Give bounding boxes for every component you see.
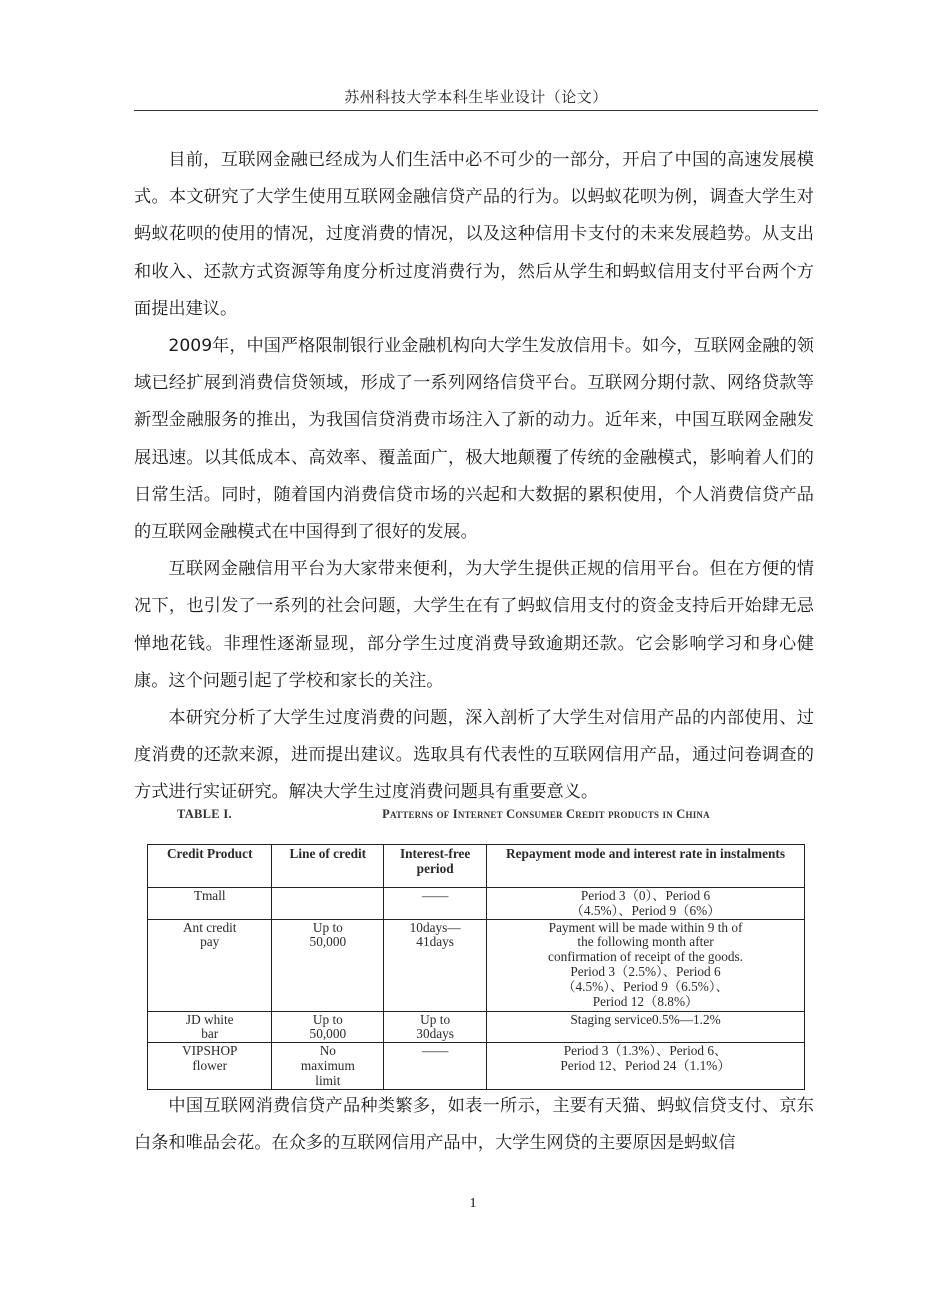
cell-line-of-credit: No maximum limit xyxy=(272,1043,384,1089)
credit-products-table: Credit Product Line of credit Interest-f… xyxy=(147,844,805,1090)
paragraph: 互联网金融信用平台为大家带来便利，为大学生提供正规的信用平台。但在方便的情况下，… xyxy=(134,551,814,700)
paragraph: 本研究分析了大学生过度消费的问题，深入剖析了大学生对信用产品的内部使用、过度消费… xyxy=(134,700,814,812)
header-repayment-mode: Repayment mode and interest rate in inst… xyxy=(487,845,805,888)
table-row: Ant credit pay Up to 50,000 10days— 41da… xyxy=(148,919,805,1011)
paragraph: 目前，互联网金融已经成为人们生活中必不可少的一部分，开启了中国的高速发展模式。本… xyxy=(134,142,814,328)
cell-repayment: Period 3（0）、Period 6 （4.5%）、Period 9（6%） xyxy=(487,888,805,920)
cell-product: Ant credit pay xyxy=(148,919,272,1011)
page-number: 1 xyxy=(463,1196,483,1212)
cell-interest-free: —— xyxy=(384,1043,487,1089)
body-text-upper: 目前，互联网金融已经成为人们生活中必不可少的一部分，开启了中国的高速发展模式。本… xyxy=(134,142,814,812)
header-line-of-credit: Line of credit xyxy=(272,845,384,888)
paragraph: 中国互联网消费信贷产品种类繁多，如表一所示，主要有天猫、蚂蚁信贷支付、京东白条和… xyxy=(134,1088,814,1162)
cell-interest-free: 10days— 41days xyxy=(384,919,487,1011)
cell-interest-free: Up to 30days xyxy=(384,1011,487,1043)
cell-line-of-credit: Up to 50,000 xyxy=(272,919,384,1011)
cell-product: JD white bar xyxy=(148,1011,272,1043)
table-row: VIPSHOP flower No maximum limit —— Perio… xyxy=(148,1043,805,1089)
cell-product: Tmall xyxy=(148,888,272,920)
header-interest-free-period: Interest-free period xyxy=(384,845,487,888)
cell-product: VIPSHOP flower xyxy=(148,1043,272,1089)
cell-interest-free: —— xyxy=(384,888,487,920)
cell-line-of-credit: Up to 50,000 xyxy=(272,1011,384,1043)
cell-repayment: Staging service0.5%—1.2% xyxy=(487,1011,805,1043)
header-credit-product: Credit Product xyxy=(148,845,272,888)
cell-repayment: Period 3（1.3%）、Period 6、 Period 12、Perio… xyxy=(487,1043,805,1089)
cell-line-of-credit xyxy=(272,888,384,920)
body-text-lower: 中国互联网消费信贷产品种类繁多，如表一所示，主要有天猫、蚂蚁信贷支付、京东白条和… xyxy=(134,1088,814,1162)
cell-repayment: Payment will be made within 9 th of the … xyxy=(487,919,805,1011)
table-row: JD white bar Up to 50,000 Up to 30days S… xyxy=(148,1011,805,1043)
table-header-row: Credit Product Line of credit Interest-f… xyxy=(148,845,805,888)
table-row: Tmall —— Period 3（0）、Period 6 （4.5%）、Per… xyxy=(148,888,805,920)
table-title: Patterns of Internet Consumer Credit pro… xyxy=(311,808,781,821)
page-header-title: 苏州科技大学本科生毕业设计（论文） xyxy=(134,86,818,107)
table-label: TABLE I. xyxy=(177,808,232,821)
header-divider xyxy=(134,110,818,111)
paragraph: 2009年，中国严格限制银行业金融机构向大学生发放信用卡。如今，互联网金融的领域… xyxy=(134,328,814,551)
